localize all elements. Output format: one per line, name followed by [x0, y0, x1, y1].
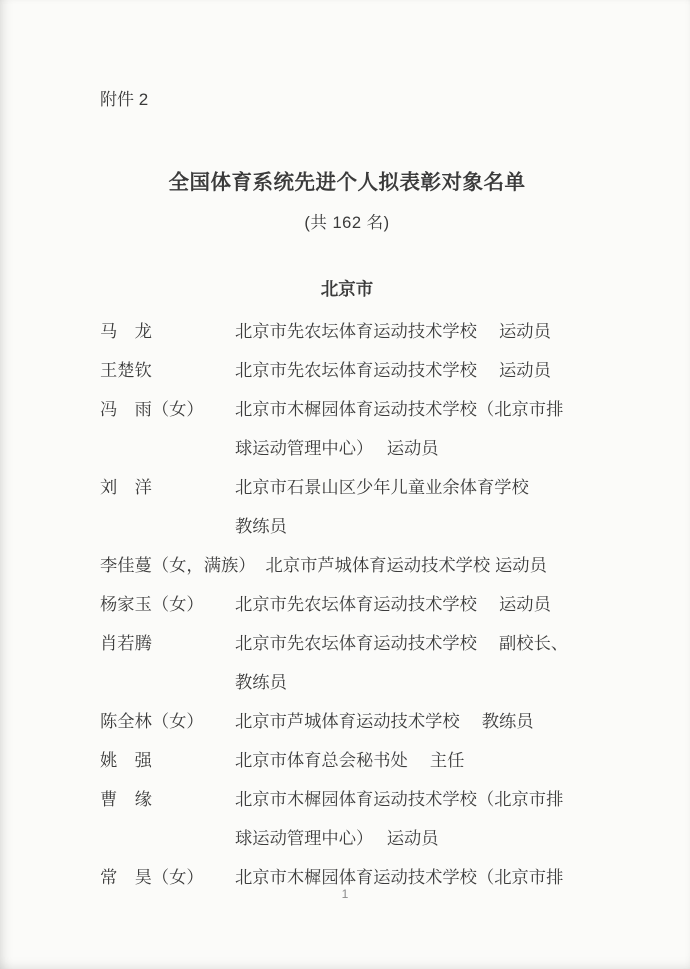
detail-line: 北京市石景山区少年儿童业余体育学校	[235, 468, 594, 507]
total-count: (共 162 名)	[100, 210, 594, 236]
detail-line: 北京市先农坛体育运动技术学校 副校长、	[235, 624, 594, 663]
detail-line: 北京市芦城体育运动技术学校 教练员	[235, 702, 594, 741]
detail-line: 北京市木樨园体育运动技术学校（北京市排	[235, 390, 594, 429]
entry-row: 姚 强 北京市体育总会秘书处 主任	[100, 741, 594, 780]
detail-line: 球运动管理中心） 运动员	[235, 429, 594, 468]
entry-details: 北京市体育总会秘书处 主任	[235, 741, 594, 780]
entry-row: 刘 洋 北京市石景山区少年儿童业余体育学校教练员	[100, 468, 594, 546]
document-page: 附件 2 全国体育系统先进个人拟表彰对象名单 (共 162 名) 北京市 马 龙…	[0, 0, 690, 969]
entry-details: 北京市石景山区少年儿童业余体育学校教练员	[235, 468, 594, 546]
entry-name: 杨家玉（女）	[100, 585, 225, 624]
page-number: 1	[0, 886, 690, 902]
entries-list: 马 龙 北京市先农坛体育运动技术学校 运动员 王楚钦 北京市先农坛体育运动技术学…	[100, 312, 594, 897]
detail-line: 北京市先农坛体育运动技术学校 运动员	[235, 312, 594, 351]
detail-line: 球运动管理中心） 运动员	[235, 819, 594, 858]
entry-details: 北京市芦城体育运动技术学校 教练员	[235, 702, 594, 741]
entry-details: 北京市木樨园体育运动技术学校（北京市排球运动管理中心） 运动员	[235, 780, 594, 858]
detail-line: 北京市体育总会秘书处 主任	[235, 741, 594, 780]
entry-details: 北京市先农坛体育运动技术学校 运动员	[235, 312, 594, 351]
entry-name: 肖若腾	[100, 624, 225, 663]
entry-name: 马 龙	[100, 312, 225, 351]
entry-row: 杨家玉（女） 北京市先农坛体育运动技术学校 运动员	[100, 585, 594, 624]
entry-details: 北京市先农坛体育运动技术学校 副校长、教练员	[235, 624, 594, 702]
entry-name: 曹 缘	[100, 780, 225, 819]
entry-name: 姚 强	[100, 741, 225, 780]
entry-row: 肖若腾 北京市先农坛体育运动技术学校 副校长、教练员	[100, 624, 594, 702]
entry-details: 北京市先农坛体育运动技术学校 运动员	[235, 585, 594, 624]
detail-line: 北京市木樨园体育运动技术学校（北京市排	[235, 780, 594, 819]
entry-row: 陈全林（女） 北京市芦城体育运动技术学校 教练员	[100, 702, 594, 741]
entry-name: 刘 洋	[100, 468, 225, 507]
entry-name: 陈全林（女）	[100, 702, 225, 741]
entry-row: 曹 缘 北京市木樨园体育运动技术学校（北京市排球运动管理中心） 运动员	[100, 780, 594, 858]
entry-row: 冯 雨（女） 北京市木樨园体育运动技术学校（北京市排球运动管理中心） 运动员	[100, 390, 594, 468]
entry-details: 北京市芦城体育运动技术学校 运动员	[266, 546, 594, 585]
entry-row: 李佳蔓（女，满族） 北京市芦城体育运动技术学校 运动员	[100, 546, 594, 585]
detail-line: 教练员	[235, 663, 594, 702]
detail-line: 教练员	[235, 507, 594, 546]
detail-line: 北京市先农坛体育运动技术学校 运动员	[235, 585, 594, 624]
detail-line: 北京市芦城体育运动技术学校 运动员	[266, 546, 594, 585]
section-heading-beijing: 北京市	[100, 276, 594, 302]
attachment-label: 附件 2	[100, 88, 594, 112]
entry-details: 北京市先农坛体育运动技术学校 运动员	[235, 351, 594, 390]
detail-line: 北京市先农坛体育运动技术学校 运动员	[235, 351, 594, 390]
entry-name: 李佳蔓（女，满族）	[100, 546, 256, 585]
entry-details: 北京市木樨园体育运动技术学校（北京市排球运动管理中心） 运动员	[235, 390, 594, 468]
entry-row: 王楚钦 北京市先农坛体育运动技术学校 运动员	[100, 351, 594, 390]
document-title: 全国体育系统先进个人拟表彰对象名单	[100, 168, 594, 198]
entry-row: 马 龙 北京市先农坛体育运动技术学校 运动员	[100, 312, 594, 351]
entry-name: 王楚钦	[100, 351, 225, 390]
entry-name: 冯 雨（女）	[100, 390, 225, 429]
